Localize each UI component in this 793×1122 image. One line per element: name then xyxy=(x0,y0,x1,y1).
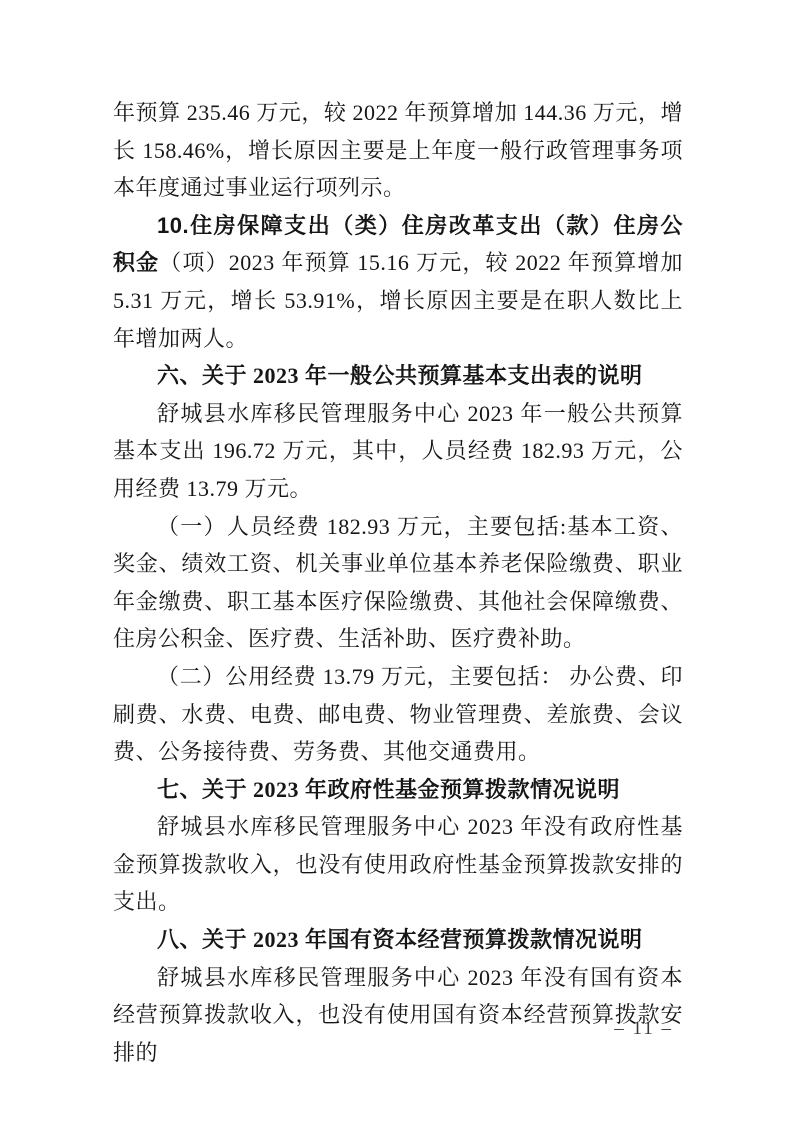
item10-body-run: （项）2023 年预算 15.16 万元，较 2022 年预算增加 5.31 万… xyxy=(113,250,683,350)
page-content: 年预算 235.46 万元，较 2022 年预算增加 144.36 万元，增长 … xyxy=(113,94,683,1071)
paragraph-section6-total: 舒城县水库移民管理服务中心 2023 年一般公共预算基本支出 196.72 万元… xyxy=(113,395,683,508)
paragraph-section8-body: 舒城县水库移民管理服务中心 2023 年没有国有资本经营预算拨款收入，也没有使用… xyxy=(113,959,683,1072)
document-page: 年预算 235.46 万元，较 2022 年预算增加 144.36 万元，增长 … xyxy=(0,0,793,1122)
page-number: – 11 – xyxy=(614,1018,673,1040)
paragraph-personnel-expense: （一）人员经费 182.93 万元，主要包括:基本工资、奖金、绩效工资、机关事业… xyxy=(113,508,683,658)
paragraph-public-expense: （二）公用经费 13.79 万元，主要包括： 办公费、印刷费、水费、电费、邮电费… xyxy=(113,658,683,771)
section-heading-8: 八、关于 2023 年国有资本经营预算拨款情况说明 xyxy=(113,921,683,959)
paragraph-section7-body: 舒城县水库移民管理服务中心 2023 年没有政府性基金预算拨款收入，也没有使用政… xyxy=(113,808,683,921)
section-heading-7: 七、关于 2023 年政府性基金预算拨款情况说明 xyxy=(113,771,683,809)
section-heading-6: 六、关于 2023 年一般公共预算基本支出表的说明 xyxy=(113,357,683,395)
paragraph-item10: 10.住房保障支出（类）住房改革支出（款）住房公积金（项）2023 年预算 15… xyxy=(113,207,683,357)
paragraph-carryover-continuation: 年预算 235.46 万元，较 2022 年预算增加 144.36 万元，增长 … xyxy=(113,94,683,207)
